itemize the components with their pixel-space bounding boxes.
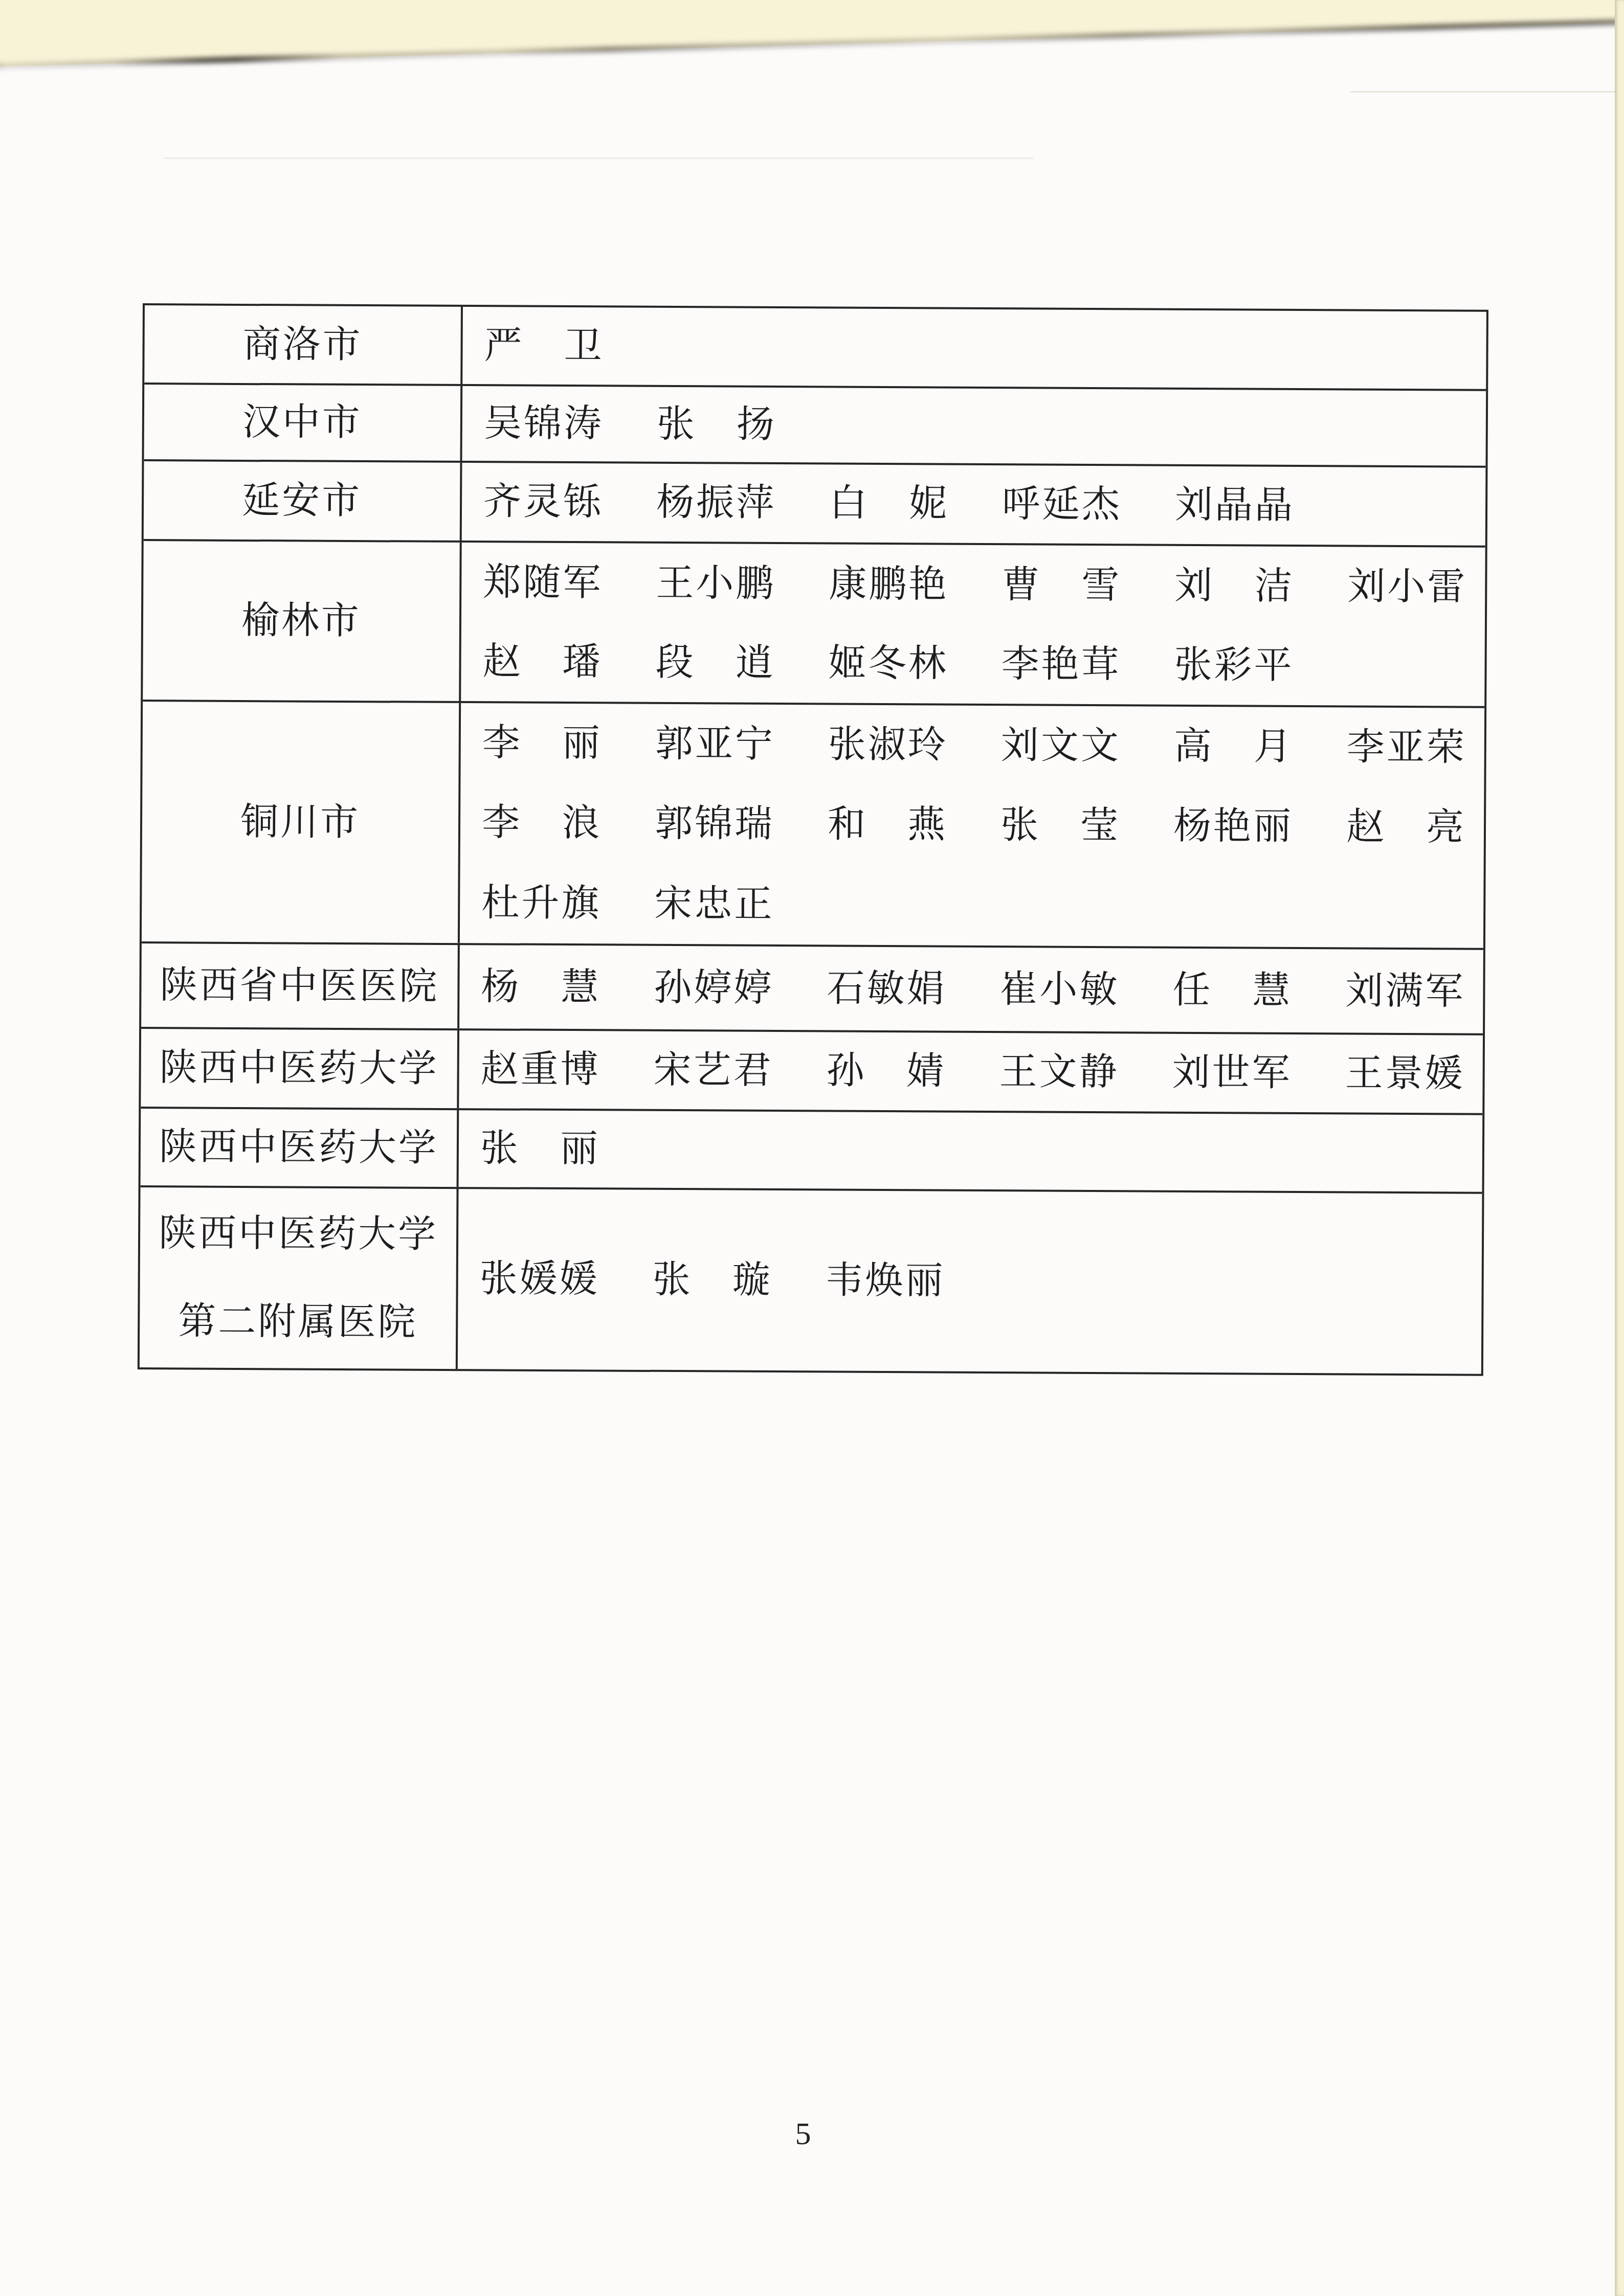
names-line: 郑随军王小鹏康鹏艳曹 雪刘 洁刘小雷 bbox=[483, 564, 1485, 606]
person-name: 任 慧 bbox=[1172, 971, 1292, 1009]
names-line: 杜升旗宋忠正 bbox=[481, 884, 1483, 927]
org-name: 第二附属医院 bbox=[178, 1277, 418, 1366]
person-name: 张 丽 bbox=[480, 1130, 600, 1168]
scan-artifact-line bbox=[164, 157, 1033, 159]
page-number: 5 bbox=[0, 2116, 1606, 2152]
table-row: 延安市齐灵铄杨振萍白 妮呼延杰刘晶晶 bbox=[144, 461, 1486, 548]
org-cell: 陕西省中医医院 bbox=[141, 943, 460, 1028]
names-line: 齐灵铄杨振萍白 妮呼延杰刘晶晶 bbox=[483, 483, 1485, 526]
names-line: 严 卫 bbox=[484, 327, 1486, 370]
person-name: 王景媛 bbox=[1345, 1055, 1464, 1093]
org-cell: 陕西中医药大学 bbox=[141, 1109, 459, 1187]
names-line: 赵 璠段 逍姬冬林李艳茸张彩平 bbox=[482, 643, 1484, 686]
person-name: 吴锦涛 bbox=[484, 404, 604, 443]
org-name: 陕西中医药大学 bbox=[159, 1024, 439, 1113]
person-name: 宋艺君 bbox=[654, 1051, 773, 1090]
names-cell: 赵重博宋艺君孙 婧王文静刘世军王景媛 bbox=[459, 1030, 1483, 1113]
person-name: 刘世军 bbox=[1172, 1054, 1292, 1092]
names-line: 张媛媛张 璇韦焕丽 bbox=[480, 1260, 1482, 1303]
table-row: 铜川市李 丽郭亚宁张淑玲刘文文高 月李亚荣李 浪郭锦瑞和 燕张 莹杨艳丽赵 亮杜… bbox=[142, 702, 1484, 950]
names-cell: 齐灵铄杨振萍白 妮呼延杰刘晶晶 bbox=[462, 463, 1486, 546]
person-name: 呼延杰 bbox=[1002, 485, 1122, 524]
person-name: 李 丽 bbox=[482, 724, 602, 762]
names-cell: 李 丽郭亚宁张淑玲刘文文高 月李亚荣李 浪郭锦瑞和 燕张 莹杨艳丽赵 亮杜升旗宋… bbox=[460, 703, 1484, 948]
person-name: 王文静 bbox=[999, 1053, 1119, 1091]
table-row: 汉中市吴锦涛张 扬 bbox=[144, 385, 1486, 468]
names-line: 吴锦涛张 扬 bbox=[484, 404, 1486, 447]
person-name: 曹 雪 bbox=[1002, 566, 1121, 604]
roster-table: 商洛市严 卫汉中市吴锦涛张 扬延安市齐灵铄杨振萍白 妮呼延杰刘晶晶榆林市郑随军王… bbox=[138, 303, 1488, 1376]
person-name: 康鹏艳 bbox=[829, 565, 948, 603]
org-name: 铜川市 bbox=[240, 778, 361, 866]
person-name: 刘晶晶 bbox=[1175, 486, 1295, 525]
person-name: 李艳茸 bbox=[1001, 645, 1121, 684]
org-name: 汉中市 bbox=[242, 378, 362, 467]
person-name: 杨振萍 bbox=[656, 484, 776, 522]
person-name: 杨艳丽 bbox=[1173, 807, 1293, 846]
person-name: 张媛媛 bbox=[480, 1260, 599, 1298]
scan-artifact-line bbox=[1350, 91, 1616, 93]
org-cell: 榆林市 bbox=[143, 541, 462, 701]
person-name: 崔小敏 bbox=[999, 971, 1119, 1009]
person-name: 赵重博 bbox=[481, 1050, 600, 1089]
names-cell: 杨 慧孙婷婷石敏娟崔小敏任 慧刘满军 bbox=[459, 945, 1483, 1033]
org-cell: 汉中市 bbox=[144, 385, 463, 461]
person-name: 石敏娟 bbox=[827, 970, 946, 1008]
person-name: 王小鹏 bbox=[656, 564, 775, 602]
org-cell: 商洛市 bbox=[144, 305, 463, 384]
person-name: 刘 洁 bbox=[1174, 567, 1294, 605]
names-cell: 张媛媛张 璇韦焕丽 bbox=[458, 1189, 1482, 1374]
org-name: 延安市 bbox=[242, 457, 362, 545]
person-name: 宋忠正 bbox=[654, 885, 774, 924]
person-name: 郭锦瑞 bbox=[655, 805, 774, 843]
org-name: 榆林市 bbox=[241, 577, 362, 665]
person-name: 张淑玲 bbox=[828, 726, 948, 764]
names-line: 张 丽 bbox=[480, 1130, 1482, 1173]
org-cell: 铜川市 bbox=[142, 702, 461, 943]
person-name: 孙婷婷 bbox=[654, 969, 773, 1007]
scan-top-edge-artifact bbox=[0, 0, 1624, 67]
table-row: 陕西中医药大学张 丽 bbox=[141, 1109, 1483, 1194]
names-line: 李 浪郭锦瑞和 燕张 莹杨艳丽赵 亮 bbox=[482, 804, 1484, 847]
person-name: 齐灵铄 bbox=[483, 483, 603, 521]
person-name: 段 逍 bbox=[655, 643, 775, 682]
person-name: 张 璇 bbox=[652, 1261, 772, 1299]
table-row: 榆林市郑随军王小鹏康鹏艳曹 雪刘 洁刘小雷赵 璠段 逍姬冬林李艳茸张彩平 bbox=[143, 541, 1485, 708]
scan-right-edge-artifact bbox=[1615, 0, 1624, 2296]
person-name: 姬冬林 bbox=[828, 644, 948, 683]
person-name: 刘文文 bbox=[1001, 727, 1121, 765]
table-row: 陕西中医药大学第二附属医院张媛媛张 璇韦焕丽 bbox=[140, 1187, 1482, 1374]
person-name: 郭亚宁 bbox=[655, 725, 775, 763]
org-cell: 延安市 bbox=[144, 461, 462, 541]
table-row: 陕西省中医医院杨 慧孙婷婷石敏娟崔小敏任 慧刘满军 bbox=[141, 943, 1483, 1036]
person-name: 赵 璠 bbox=[482, 643, 602, 681]
org-name: 商洛市 bbox=[242, 300, 363, 389]
names-line: 赵重博宋艺君孙 婧王文静刘世军王景媛 bbox=[481, 1050, 1483, 1093]
person-name: 张 莹 bbox=[1000, 807, 1120, 845]
document-page: 商洛市严 卫汉中市吴锦涛张 扬延安市齐灵铄杨振萍白 妮呼延杰刘晶晶榆林市郑随军王… bbox=[0, 0, 1624, 2296]
names-line: 李 丽郭亚宁张淑玲刘文文高 月李亚荣 bbox=[482, 724, 1484, 767]
person-name: 孙 婧 bbox=[826, 1052, 946, 1091]
names-cell: 张 丽 bbox=[459, 1110, 1483, 1192]
table-row: 陕西中医药大学赵重博宋艺君孙 婧王文静刘世军王景媛 bbox=[141, 1029, 1483, 1115]
person-name: 张彩平 bbox=[1174, 646, 1294, 684]
org-cell: 陕西中医药大学第二附属医院 bbox=[140, 1187, 459, 1369]
person-name: 和 燕 bbox=[828, 806, 947, 844]
names-cell: 严 卫 bbox=[462, 307, 1486, 389]
names-cell: 郑随军王小鹏康鹏艳曹 雪刘 洁刘小雷赵 璠段 逍姬冬林李艳茸张彩平 bbox=[461, 543, 1485, 706]
person-name: 刘小雷 bbox=[1347, 568, 1467, 606]
org-name: 陕西省中医医院 bbox=[160, 941, 439, 1031]
person-name: 张 扬 bbox=[657, 406, 776, 444]
person-name: 李亚荣 bbox=[1347, 729, 1466, 767]
person-name: 刘满军 bbox=[1345, 972, 1465, 1010]
org-name: 陕西中医药大学 bbox=[159, 1189, 438, 1279]
names-line: 杨 慧孙婷婷石敏娟崔小敏任 慧刘满军 bbox=[481, 968, 1483, 1011]
person-name: 赵 亮 bbox=[1346, 808, 1466, 847]
org-name: 陕西中医药大学 bbox=[159, 1103, 439, 1192]
person-name: 杜升旗 bbox=[481, 884, 601, 922]
person-name: 郑随军 bbox=[483, 564, 603, 602]
org-cell: 陕西中医药大学 bbox=[141, 1029, 459, 1108]
table-row: 商洛市严 卫 bbox=[144, 305, 1486, 391]
person-name: 李 浪 bbox=[482, 804, 602, 843]
person-name: 杨 慧 bbox=[481, 968, 600, 1006]
person-name: 严 卫 bbox=[484, 327, 604, 365]
person-name: 高 月 bbox=[1174, 728, 1294, 766]
person-name: 白 妮 bbox=[829, 485, 949, 523]
names-cell: 吴锦涛张 扬 bbox=[462, 386, 1486, 466]
person-name: 韦焕丽 bbox=[825, 1262, 945, 1300]
